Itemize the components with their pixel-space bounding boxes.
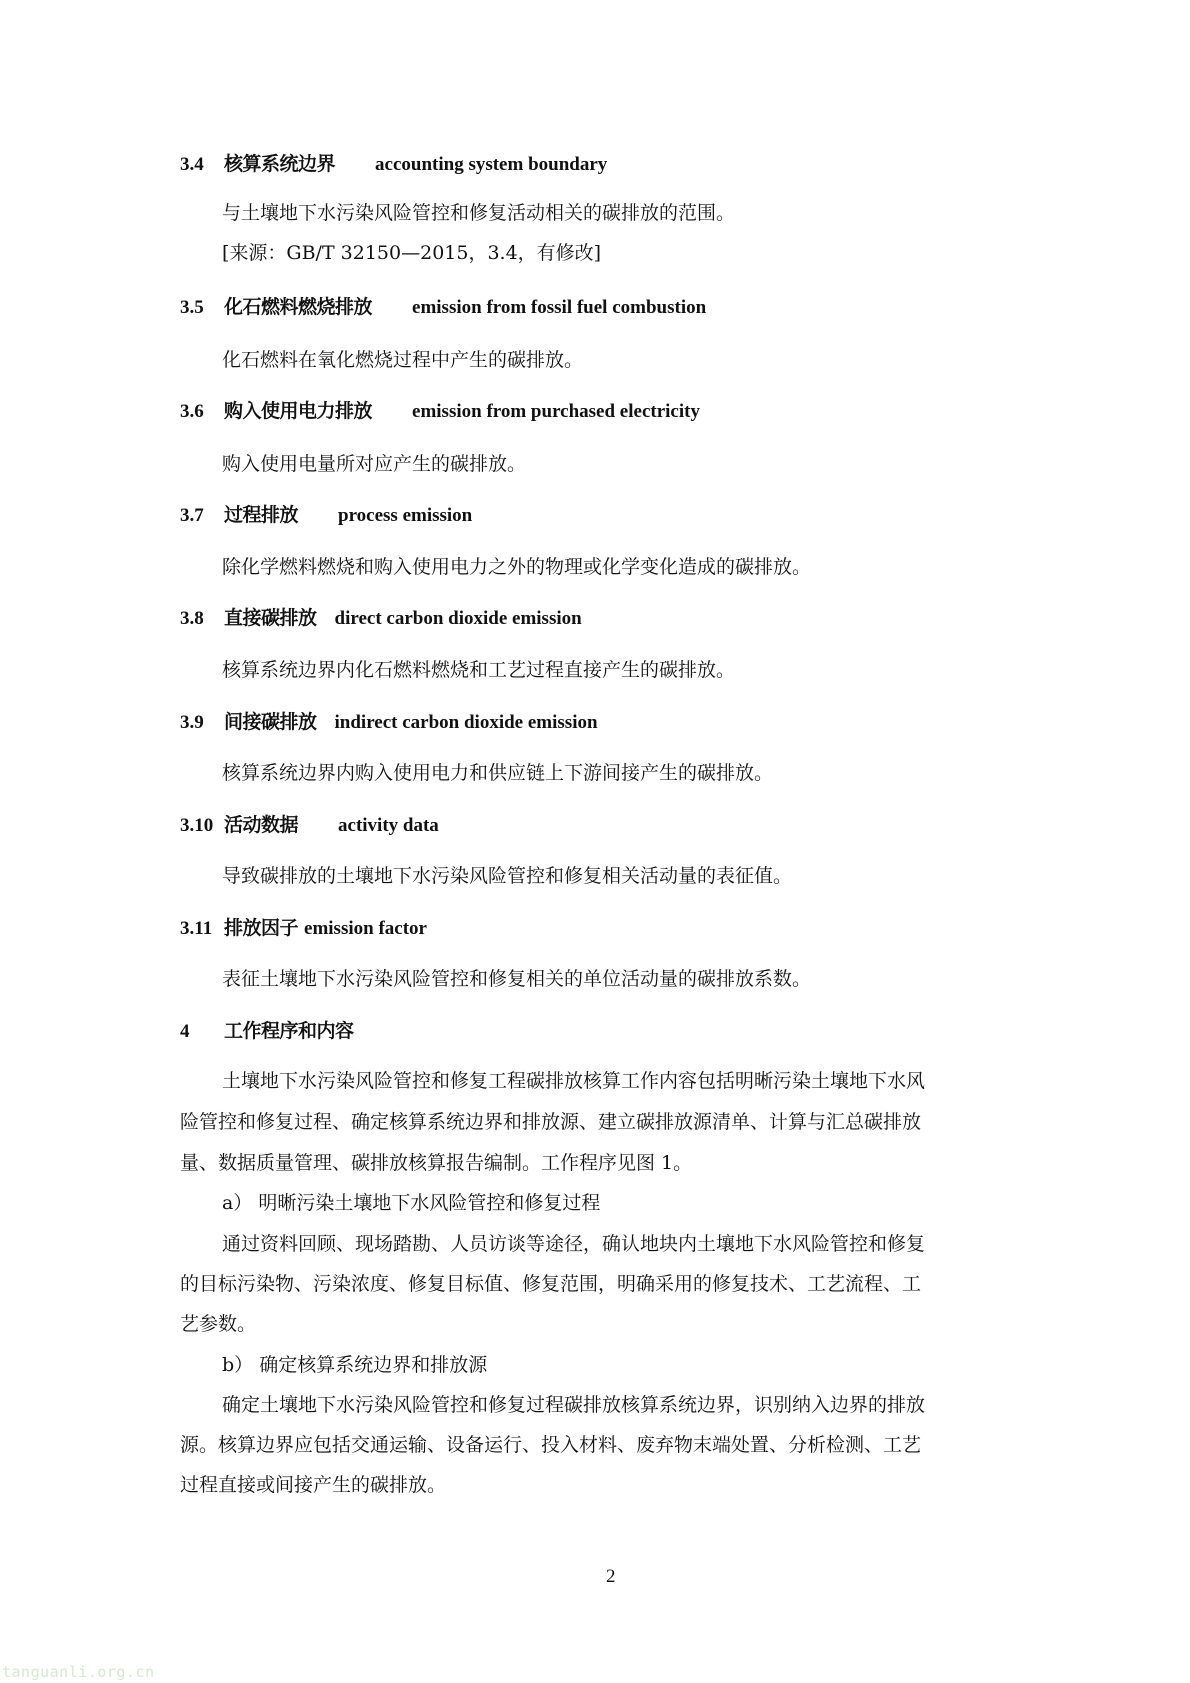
definition-text: 表征土壤地下水污染风险管控和修复相关的单位活动量的碳排放系数。 <box>222 959 1062 1000</box>
paragraph-line: 量、数据质量管理、碳排放核算报告编制。工作程序见图 1。 <box>180 1143 1020 1184</box>
page-number: 2 <box>606 1566 616 1588</box>
definition-text: 核算系统边界内购入使用电力和供应链上下游间接产生的碳排放。 <box>222 753 1062 794</box>
section-number: 3.6 <box>180 401 224 423</box>
term-zh: 直接碳排放 <box>224 607 317 629</box>
term-en: process emission <box>338 505 472 526</box>
section-heading-3-11: 3.11排放因子emission factor <box>180 913 427 940</box>
term-en: emission from purchased electricity <box>412 401 700 422</box>
section-number: 3.8 <box>180 608 224 630</box>
term-zh: 排放因子 <box>224 917 298 939</box>
section-number: 3.4 <box>180 154 224 176</box>
section-heading-3-10: 3.10活动数据activity data <box>180 810 439 837</box>
term-zh: 购入使用电力排放 <box>224 400 372 422</box>
definition-text: 与土壤地下水污染风险管控和修复活动相关的碳排放的范围。 <box>222 193 1062 234</box>
section-number: 3.5 <box>180 297 224 319</box>
definition-text: 化石燃料在氧化燃烧过程中产生的碳排放。 <box>222 340 1062 381</box>
section-heading-3-4: 3.4核算系统边界accounting system boundary <box>180 149 607 176</box>
watermark: tanguanli.org.cn <box>2 1663 155 1681</box>
paragraph-line: 源。核算边界应包括交通运输、设备运行、投入材料、废弃物末端处置、分析检测、工艺 <box>180 1425 1020 1466</box>
definition-text: 导致碳排放的土壤地下水污染风险管控和修复相关活动量的表征值。 <box>222 856 1062 897</box>
section-heading-3-6: 3.6购入使用电力排放emission from purchased elect… <box>180 396 700 423</box>
definition-text: 购入使用电量所对应产生的碳排放。 <box>222 444 1062 485</box>
paragraph-line: 艺参数。 <box>180 1304 1020 1345</box>
chapter-heading-4: 4工作程序和内容 <box>180 1016 354 1043</box>
section-heading-3-5: 3.5化石燃料燃烧排放emission from fossil fuel com… <box>180 292 706 319</box>
list-item-b-label: b） 确定核算系统边界和排放源 <box>222 1345 1062 1386</box>
section-heading-3-7: 3.7过程排放process emission <box>180 500 472 527</box>
term-en: accounting system boundary <box>375 154 607 175</box>
term-zh: 核算系统边界 <box>224 153 335 175</box>
section-number: 3.9 <box>180 712 224 734</box>
term-en: indirect carbon dioxide emission <box>335 712 598 733</box>
paragraph-line: 险管控和修复过程、确定核算系统边界和排放源、建立碳排放源清单、计算与汇总碳排放 <box>180 1102 1020 1143</box>
term-zh: 过程排放 <box>224 504 298 526</box>
term-en: activity data <box>338 815 439 836</box>
chapter-title: 工作程序和内容 <box>224 1020 354 1042</box>
section-number: 3.11 <box>180 918 224 940</box>
paragraph-line: 确定土壤地下水污染风险管控和修复过程碳排放核算系统边界，识别纳入边界的排放 <box>222 1385 1062 1426</box>
chapter-number: 4 <box>180 1021 224 1043</box>
section-number: 3.10 <box>180 815 224 837</box>
section-heading-3-8: 3.8直接碳排放direct carbon dioxide emission <box>180 603 582 630</box>
section-heading-3-9: 3.9间接碳排放indirect carbon dioxide emission <box>180 707 598 734</box>
section-number: 3.7 <box>180 505 224 527</box>
term-zh: 活动数据 <box>224 814 298 836</box>
document-page: 3.4核算系统边界accounting system boundary 与土壤地… <box>0 0 1190 1683</box>
paragraph-line: 过程直接或间接产生的碳排放。 <box>180 1465 1020 1506</box>
paragraph-line: 的目标污染物、污染浓度、修复目标值、修复范围，明确采用的修复技术、工艺流程、工 <box>180 1264 1020 1305</box>
paragraph-line: 通过资料回顾、现场踏勘、人员访谈等途径，确认地块内土壤地下水风险管控和修复 <box>222 1224 1062 1265</box>
paragraph-line: 土壤地下水污染风险管控和修复工程碳排放核算工作内容包括明晰污染土壤地下水风 <box>222 1061 1062 1102</box>
term-zh: 间接碳排放 <box>224 711 317 733</box>
term-en: direct carbon dioxide emission <box>335 608 582 629</box>
term-en: emission from fossil fuel combustion <box>412 297 706 318</box>
definition-text: 核算系统边界内化石燃料燃烧和工艺过程直接产生的碳排放。 <box>222 650 1062 691</box>
list-item-a-label: a） 明晰污染土壤地下水风险管控和修复过程 <box>222 1183 1062 1224</box>
term-en: emission factor <box>304 918 427 939</box>
definition-text: 除化学燃料燃烧和购入使用电力之外的物理或化学变化造成的碳排放。 <box>222 547 1062 588</box>
term-zh: 化石燃料燃烧排放 <box>224 296 372 318</box>
source-note: [来源：GB/T 32150—2015，3.4，有修改] <box>222 233 1062 274</box>
